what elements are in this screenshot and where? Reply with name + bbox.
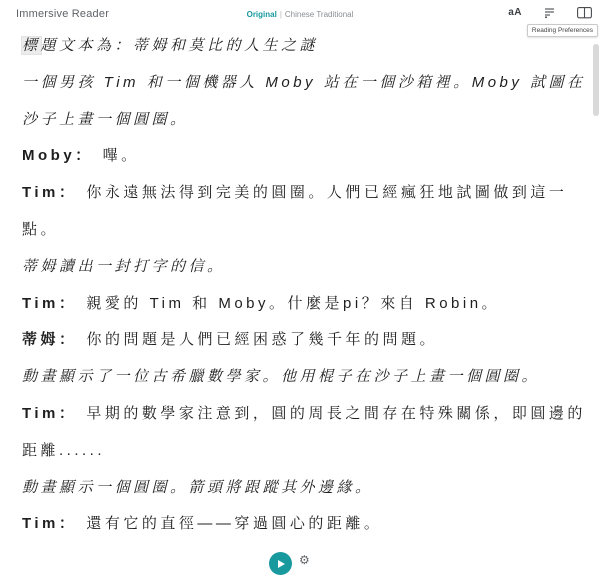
language-separator: | <box>280 10 282 19</box>
transcript: 標題文本為：蒂姆和莫比的人生之謎一個男孩 Tim 和一個機器人 Moby 站在一… <box>22 28 586 543</box>
text-preferences-button[interactable]: aA <box>508 7 522 18</box>
speaker-name: 蒂姆： <box>22 331 78 348</box>
header-toolbar: aA <box>508 6 592 19</box>
app-title: Immersive Reader <box>16 8 109 20</box>
dialogue-line: Tim：早期的數學家注意到，圓的周長之間存在特殊關係，即圓邊的 距離...... <box>22 396 586 470</box>
stage-direction: 動畫顯示一個圓圈。箭頭將跟蹤其外邊緣。 <box>22 470 586 507</box>
scrollbar-thumb[interactable] <box>593 44 599 116</box>
stage-direction: 動畫顯示了一位古希臘數學家。他用棍子在沙子上畫一個圓圈。 <box>22 359 586 396</box>
dialogue-line: Tim：親愛的 Tim 和 Moby。什麼是pi？來自 Robin。 <box>22 286 586 323</box>
stage-direction: 一個男孩 Tim 和一個機器人 Moby 站在一個沙箱裡。Moby 試圖在 沙子… <box>22 65 586 139</box>
play-icon <box>278 560 285 568</box>
original-language-button[interactable]: Original <box>247 10 277 19</box>
dialogue-line: 蒂姆：你的問題是人們已經困惑了幾千年的問題。 <box>22 322 586 359</box>
speaker-name: Tim： <box>22 295 77 312</box>
speaker-name: Tim： <box>22 184 77 201</box>
reading-position-highlight: 標 <box>22 37 41 54</box>
player-bar: ⚙ <box>0 550 600 580</box>
speaker-name: Tim： <box>22 515 77 532</box>
reading-preferences-button[interactable] <box>577 7 592 19</box>
dialogue-line: Tim：你永遠無法得到完美的圓圈。人們已經瘋狂地試圖做到這一 點。 <box>22 175 586 249</box>
play-button[interactable] <box>269 552 292 575</box>
header: Immersive Reader Original|Chinese Tradit… <box>0 0 600 30</box>
translated-language-button[interactable]: Chinese Traditional <box>285 10 353 19</box>
text-preferences-icon: aA <box>508 7 522 18</box>
reading-preferences-icon <box>577 7 592 19</box>
speaker-name: Tim： <box>22 405 77 422</box>
voice-settings-gear-icon: ⚙ <box>299 553 310 567</box>
dialogue-line: Moby：嗶。 <box>22 138 586 175</box>
grammar-options-button[interactable] <box>543 6 556 19</box>
immersive-reader-window: Immersive Reader Original|Chinese Tradit… <box>0 0 600 584</box>
speaker-name: Moby： <box>22 147 94 164</box>
dialogue-line: Tim：還有它的直徑——穿過圓心的距離。 <box>22 506 586 543</box>
stage-direction: 蒂姆讀出一封打字的信。 <box>22 249 586 286</box>
voice-settings-button[interactable]: ⚙ <box>299 554 310 566</box>
stage-direction: 標題文本為：蒂姆和莫比的人生之謎 <box>22 28 586 65</box>
grammar-options-icon <box>543 6 556 19</box>
language-toggle: Original|Chinese Traditional <box>180 10 420 19</box>
